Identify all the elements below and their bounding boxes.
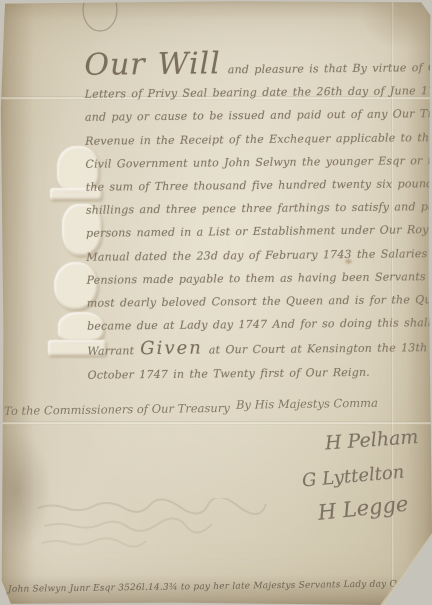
body-line: and pay or cause to be issued and paid o… <box>85 103 415 130</box>
signature-lyttelton: G Lyttelton <box>301 462 405 492</box>
body-line: most dearly beloved Consort the Queen an… <box>87 288 417 315</box>
given-word: Given <box>140 338 203 360</box>
photo-background: Our Will and pleasure is that By virtue … <box>0 0 432 605</box>
body-line-warrant: WarrantGivenat Our Court at Kensington t… <box>87 335 417 364</box>
warrant-suffix: at Our Court at Kensington the 13th <box>209 342 428 357</box>
body-line: persons named in a List or Establishment… <box>86 219 416 246</box>
by-command-note: By His Majestys Comma <box>236 396 378 412</box>
body-line: October 1747 in the Twenty first of Our … <box>88 360 418 387</box>
body-line: Our Will and pleasure is that By virtue … <box>84 50 414 83</box>
opening-words: Our Will <box>84 52 221 76</box>
signature-block: H Pelham G Lyttelton H Legge <box>302 430 418 521</box>
ink-loop-mark <box>70 0 130 38</box>
body-line: Letters of Privy Seal bearing date the 2… <box>85 79 415 106</box>
corner-stain <box>360 0 432 50</box>
faint-annotation-lines <box>34 498 314 553</box>
signature-pelham: H Pelham <box>301 426 419 456</box>
body-line: became due at Lady day 1747 And for so d… <box>87 312 417 339</box>
folded-corner <box>380 533 432 605</box>
warrant-body: Our Will and pleasure is that By virtue … <box>84 50 417 386</box>
document-paper: Our Will and pleasure is that By virtue … <box>0 0 432 605</box>
body-line: shillings and three pence three farthing… <box>86 195 416 222</box>
body-line: the sum of Three thousand five hundred t… <box>86 172 416 199</box>
body-line: Revenue in the Receipt of the Exchequer … <box>85 126 415 153</box>
docket-line: John Selwyn Junr Esqr 3526l.14.3¾ to pay… <box>8 579 418 595</box>
body-line: Manual dated the 23d day of February 174… <box>86 242 416 269</box>
signature-legge: H Legge <box>301 492 409 527</box>
address-to-treasury: To the Commissioners of Our Treasury <box>4 401 230 418</box>
address-row: To the Commissioners of Our Treasury By … <box>0 398 432 404</box>
horizontal-crease <box>0 421 432 425</box>
warrant-word: Warrant <box>87 345 134 358</box>
body-line: Pensions made payable to them as having … <box>87 265 417 292</box>
body-line-text: and pleasure is that By virtue of Our Ge… <box>228 55 432 81</box>
body-line: Civil Government unto John Selwyn the yo… <box>85 149 415 176</box>
